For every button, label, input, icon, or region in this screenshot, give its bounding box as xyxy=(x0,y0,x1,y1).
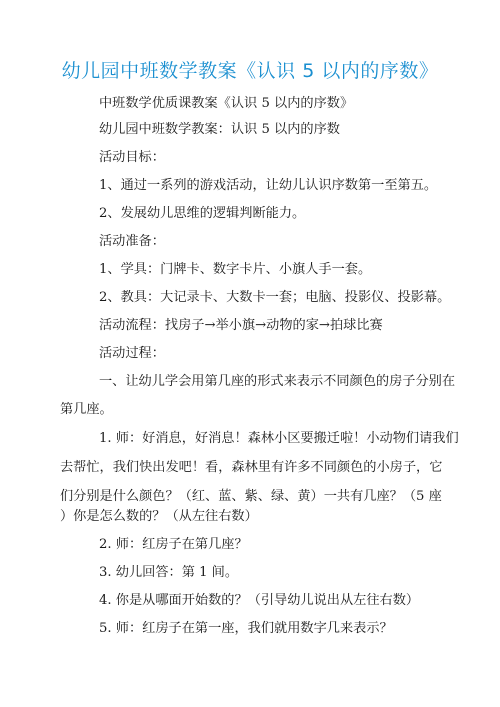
process-para-1-line-1: 一、让幼儿学会用第几座的形式来表示不同颜色的房子分别在 xyxy=(99,373,455,391)
goal-item-1: 1、通过一系列的游戏活动，让幼儿认识序数第一至第五。 xyxy=(99,177,437,195)
subtitle-line: 中班数学优质课教案《认识 5 以内的序数》 xyxy=(99,95,353,113)
step-4: 4. 你是从哪面开始数的？（引导幼儿说出从左往右数） xyxy=(99,592,419,610)
prep-item-1: 1、学具：门牌卡、数字卡片、小旗人手一套。 xyxy=(99,261,371,279)
step-1-line-1: 1. 师：好消息，好消息！森林小区要搬迁啦！小动物们请我们 xyxy=(99,430,459,448)
prep-item-2: 2、教具：大记录卡、大数卡一套；电脑、投影仪、投影幕。 xyxy=(99,289,450,307)
document-title: 幼儿园中班数学教案《认识 5 以内的序数》 xyxy=(0,58,500,84)
step-3: 3. 幼儿回答：第 1 间。 xyxy=(99,564,238,582)
section-heading-goals: 活动目标： xyxy=(99,149,165,167)
step-1-line-3: 们分别是什么颜色？（红、蓝、紫、绿、黄）一共有几座？（5 座 xyxy=(60,488,442,506)
process-para-1-line-2: 第几座。 xyxy=(60,401,113,419)
step-1-line-2: 去帮忙，我们快出发吧！看，森林里有许多不同颜色的小房子，它 xyxy=(60,459,442,477)
step-5: 5. 师：红房子在第一座，我们就用数字几来表示？ xyxy=(99,620,393,638)
section-heading-prep: 活动准备： xyxy=(99,233,165,251)
step-2: 2. 师：红房子在第几座？ xyxy=(99,536,248,554)
goal-item-2: 2、发展幼儿思维的逻辑判断能力。 xyxy=(99,205,305,223)
step-1-line-4: ）你是怎么数的？（从左往右数） xyxy=(60,508,258,526)
activity-flow: 活动流程：找房子→举小旗→动物的家→拍球比赛 xyxy=(99,317,383,335)
subtitle-line-2: 幼儿园中班数学教案：认识 5 以内的序数 xyxy=(99,121,340,139)
section-heading-process: 活动过程： xyxy=(99,345,165,363)
